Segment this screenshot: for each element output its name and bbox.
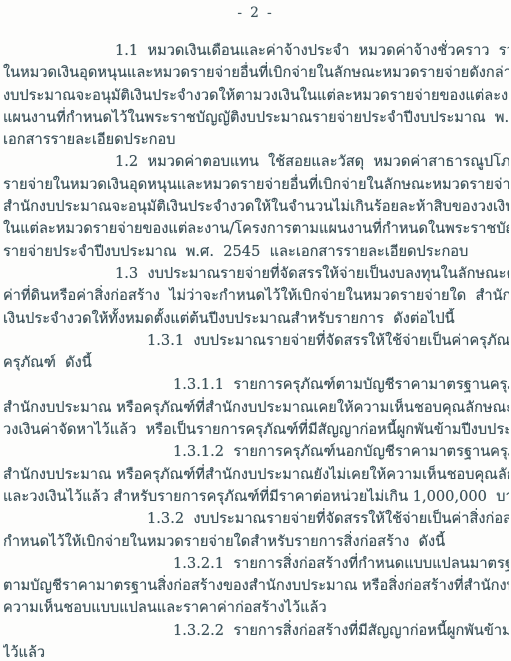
text-line: 1.3.2.2 รายการสิ่งก่อสร้างที่มีสัญญาก่อห… bbox=[3, 620, 509, 642]
text-line: 1.3.1.2 รายการครุภัณฑ์นอกบัญชีราคามาตรฐา… bbox=[3, 441, 509, 463]
text-line: ในหมวดเงินอุดหนุนและหมวดรายจ่ายอื่นที่เบ… bbox=[3, 62, 509, 84]
text-line: รายจ่ายในหมวดเงินอุดหนุนและหมวดรายจ่ายอื… bbox=[3, 174, 509, 196]
text-line: ไว้แล้ว bbox=[3, 642, 509, 661]
text-line: สำนักงบประมาณจะอนุมัติเงินประจำงวดให้ในจ… bbox=[3, 196, 509, 218]
text-line: วงเงินค่าจัดหาไว้แล้ว หรือเป็นรายการครุภ… bbox=[3, 419, 509, 441]
text-line: รายจ่ายประจำปีงบประมาณ พ.ศ. 2545 และเอกส… bbox=[3, 241, 509, 263]
text-line: แผนงานที่กำหนดไว้ในพระราชบัญญัติงบประมาณ… bbox=[3, 107, 509, 129]
text-line: ในแต่ละหมวดรายจ่ายของแต่ละงาน/โครงการตาม… bbox=[3, 218, 509, 240]
text-line: กำหนดไว้ให้เบิกจ่ายในหมวดรายจ่ายใดสำหรับ… bbox=[3, 531, 509, 553]
text-line: ตามบัญชีราคามาตรฐานสิ่งก่อสร้างของสำนักง… bbox=[3, 575, 509, 597]
text-line: งบประมาณจะอนุมัติเงินประจำงวดให้ตามวงเงิ… bbox=[3, 85, 509, 107]
text-line: 1.3.2.1 รายการสิ่งก่อสร้างที่กำหนดแบบแปล… bbox=[3, 553, 509, 575]
text-line: 1.2 หมวดค่าตอบแทน ใช้สอยและวัสดุ หมวดค่า… bbox=[3, 151, 509, 173]
text-line: และวงเงินไว้แล้ว สำหรับรายการครุภัณฑ์ที่… bbox=[3, 486, 509, 508]
text-line: 1.3.1 งบประมาณรายจ่ายที่จัดสรรให้ใช้จ่าย… bbox=[3, 330, 509, 352]
document-page: - 2 - 1.1 หมวดเงินเดือนและค่าจ้างประจำ ห… bbox=[0, 0, 511, 661]
text-line: ครุภัณฑ์ ดังนี้ bbox=[3, 352, 509, 374]
text-line: 1.1 หมวดเงินเดือนและค่าจ้างประจำ หมวดค่า… bbox=[3, 40, 509, 62]
text-line: ความเห็นชอบแบบแปลนและราคาค่าก่อสร้างไว้แ… bbox=[3, 597, 509, 619]
text-line: 1.3.1.1 รายการครุภัณฑ์ตามบัญชีราคามาตรฐา… bbox=[3, 374, 509, 396]
text-line: สำนักงบประมาณ หรือครุภัณฑ์ที่สำนักงบประม… bbox=[3, 397, 509, 419]
text-line: ค่าที่ดินหรือค่าสิ่งก่อสร้าง ไม่ว่าจะกำห… bbox=[3, 285, 509, 307]
text-line: 1.3.2 งบประมาณรายจ่ายที่จัดสรรให้ใช้จ่าย… bbox=[3, 508, 509, 530]
page-number: - 2 - bbox=[0, 5, 511, 21]
text-line: เงินประจำงวดให้ทั้งหมดตั้งแต่ต้นปีงบประม… bbox=[3, 308, 509, 330]
text-line: สำนักงบประมาณ หรือครุภัณฑ์ที่สำนักงบประม… bbox=[3, 464, 509, 486]
document-body: 1.1 หมวดเงินเดือนและค่าจ้างประจำ หมวดค่า… bbox=[3, 40, 509, 661]
text-line: เอกสารรายละเอียดประกอบ bbox=[3, 129, 509, 151]
text-line: 1.3 งบประมาณรายจ่ายที่จัดสรรให้จ่ายเป็นง… bbox=[3, 263, 509, 285]
